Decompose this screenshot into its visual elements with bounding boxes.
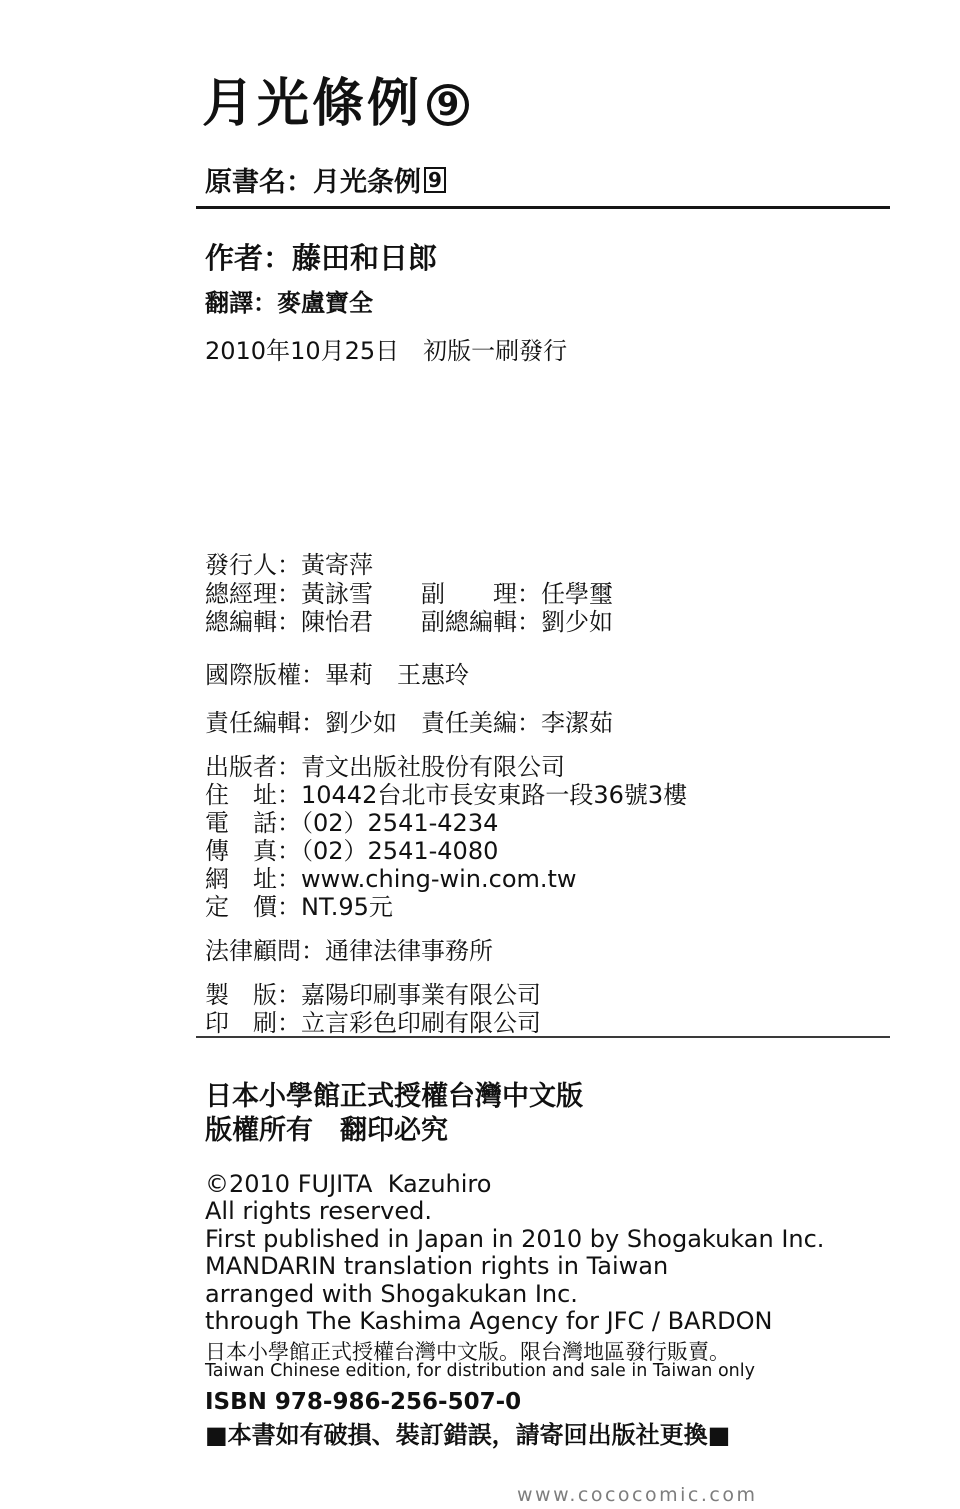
distribution-restriction-en: Taiwan Chinese edition, for distribution… [205,1361,755,1381]
staff-block: 發行人：黃寄萍 總經理：黃詠雪 副 理：任學璽 總編輯：陳怡君 副總編輯：劉少如 [205,551,613,637]
printing-line: 印 刷：立言彩色印刷有限公司 [205,1009,541,1037]
english-copyright-block: ©2010 FUJITA Kazuhiro All rights reserve… [205,1171,824,1335]
license-statement-line: 日本小學館正式授權台灣中文版 [205,1080,583,1114]
original-title: 原書名：月光条例9 [205,160,446,199]
original-title-text: 原書名：月光条例 [205,160,421,199]
publisher-line-fax: 傳 真：（02）2541-4080 [205,837,687,865]
agency-line: through The Kashima Agency for JFC / BAR… [205,1308,824,1335]
arranged-with-line: arranged with Shogakukan Inc. [205,1281,824,1308]
responsible-editors-line: 責任編輯：劉少如 責任美編：李潔茹 [205,703,613,738]
first-published-line: First published in Japan in 2010 by Shog… [205,1226,824,1253]
site-watermark: www.cococomic.com [517,1484,757,1506]
international-rights-line: 國際版權：畢莉 王惠玲 [205,655,469,690]
copyright-year-line: ©2010 FUJITA Kazuhiro [205,1171,824,1198]
author-line: 作者：藤田和日郎 [205,236,437,277]
publisher-block: 出版者：青文出版社股份有限公司 住 址：10442台北市長安東路一段36號3樓 … [205,753,687,921]
mandarin-rights-line: MANDARIN translation rights in Taiwan [205,1253,824,1280]
publisher-line-address: 住 址：10442台北市長安東路一段36號3樓 [205,781,687,809]
top-divider [196,206,890,209]
volume-number-circle: 9 [427,84,469,126]
publisher-line-price: 定 價：NT.95元 [205,893,687,921]
publisher-line-website: 網 址：www.ching-win.com.tw [205,865,687,893]
plate-making-line: 製 版：嘉陽印刷事業有限公司 [205,981,541,1009]
staff-line-chief-editor: 總編輯：陳怡君 副總編輯：劉少如 [205,608,613,637]
edition-date-line: 2010年10月25日 初版一刷發行 [205,331,567,366]
translator-line: 翻譯：麥盧寶全 [205,283,373,318]
legal-advisor-line: 法律顧問：通律法律事務所 [205,931,493,966]
original-volume-number-box: 9 [424,167,446,193]
rights-reserved-line: All rights reserved. [205,1198,824,1225]
publisher-line-phone: 電 話：（02）2541-4234 [205,809,687,837]
damaged-copy-return-notice: ■本書如有破損、裝訂錯誤，請寄回出版社更換■ [205,1415,730,1450]
book-title-text: 月光條例 [202,76,422,133]
staff-line-publisher-person: 發行人：黃寄萍 [205,551,613,580]
printing-block: 製 版：嘉陽印刷事業有限公司 印 刷：立言彩色印刷有限公司 [205,981,541,1037]
license-statement-block: 日本小學館正式授權台灣中文版 版權所有 翻印必究 [205,1080,583,1148]
publisher-line-company: 出版者：青文出版社股份有限公司 [205,753,687,781]
colophon-page: 月光條例9 原書名：月光条例9 作者：藤田和日郎 翻譯：麥盧寶全 2010年10… [0,0,960,1509]
isbn-line: ISBN 978-986-256-507-0 [205,1389,521,1415]
bottom-divider [196,1036,890,1038]
book-title: 月光條例9 [202,76,469,133]
copyright-reserved-line: 版權所有 翻印必究 [205,1114,583,1148]
staff-line-general-manager: 總經理：黃詠雪 副 理：任學璽 [205,580,613,609]
